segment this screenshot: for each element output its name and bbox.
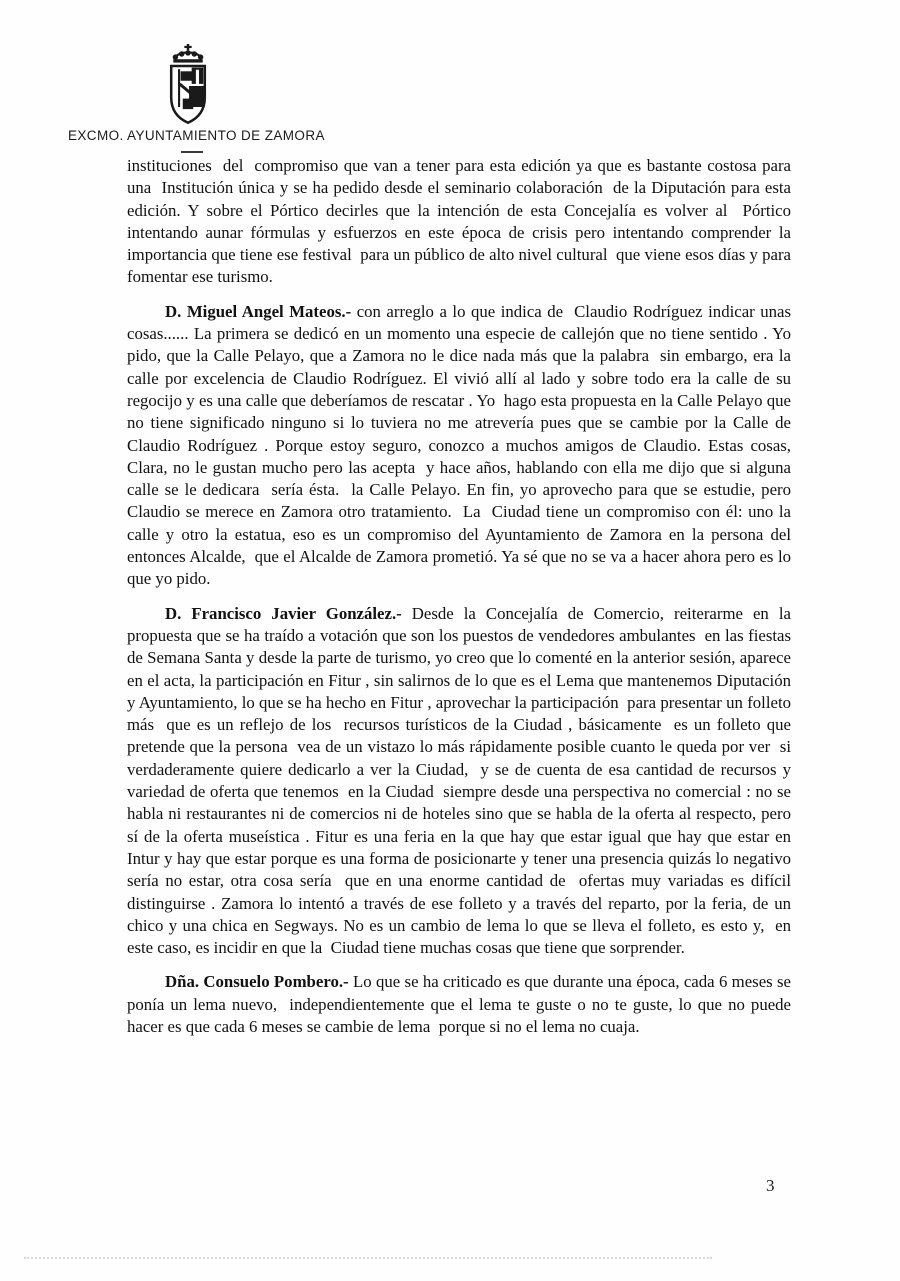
minutes-text: instituciones del compromiso que van a t… [127, 155, 791, 1038]
page-number: 3 [766, 1176, 775, 1196]
zamora-coat-of-arms-icon [156, 44, 220, 128]
paragraph-pombero: Dña. Consuelo Pombero.- Lo que se ha cri… [127, 971, 791, 1038]
speech-text: Desde la Concejalía de Comercio, reitera… [127, 604, 795, 957]
document-page: EXCMO. AYUNTAMIENTO DE ZAMORA institucio… [0, 0, 900, 1281]
speaker-name: Dña. Consuelo Pombero.- [165, 972, 349, 991]
header-underline [181, 151, 203, 153]
speech-text: con arreglo a lo que indica de Claudio R… [127, 302, 795, 589]
speech-text: instituciones del compromiso que van a t… [127, 156, 795, 286]
org-name: EXCMO. AYUNTAMIENTO DE ZAMORA [68, 128, 325, 143]
speaker-name: D. Miguel Angel Mateos.- [165, 302, 351, 321]
paragraph-mateos: D. Miguel Angel Mateos.- con arreglo a l… [127, 301, 791, 591]
speaker-name: D. Francisco Javier González.- [165, 604, 402, 623]
scan-artifact-line [24, 1257, 712, 1259]
paragraph-continuation: instituciones del compromiso que van a t… [127, 155, 791, 289]
paragraph-gonzalez: D. Francisco Javier González.- Desde la … [127, 603, 791, 960]
